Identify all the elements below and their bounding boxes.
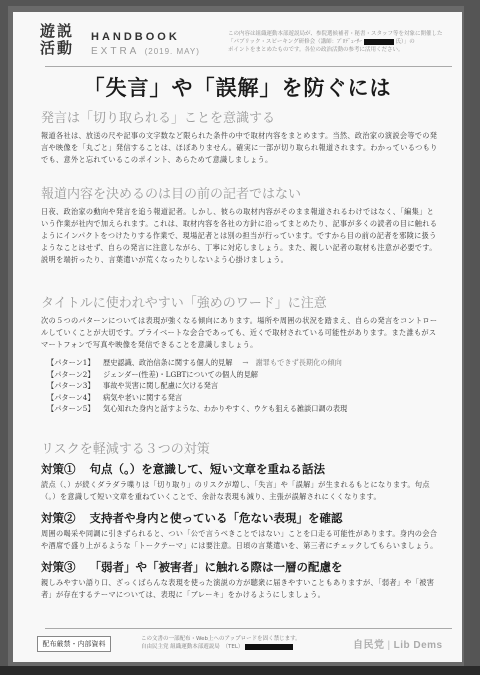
- logo-separator: |: [388, 640, 391, 651]
- pattern-text: ジェンダー(性差)・LGBTについての個人的見解: [103, 369, 258, 381]
- subtitle-extra: EXTRA: [91, 46, 139, 57]
- section-strong-words: タイトルに使われやすい「強めのワード」に注意 次の５つのパターンについては表現が…: [41, 296, 441, 415]
- measure-body: 親しみやすい語り口、ざっくばらんな表現を使った演説の方が聴衆に届きやすいこともあ…: [41, 577, 441, 601]
- header-note-line2-pre: 「パブリック・スピーキング研修会（講師：ﾌﾟﾛﾃﾞｭｰｻｰ: [228, 39, 362, 45]
- footer-note: この文書の一部配布・Web上へのアップロードを固く禁じます。 自由民主党 組織運…: [141, 635, 301, 651]
- section-body: 日夜、政治家の動向や発言を追う報道記者。しかし、彼らの取材内容がそのまま報道され…: [41, 206, 441, 266]
- pattern-item: 【パターン4】 病気や老いに関する発言: [47, 392, 441, 404]
- measure-body: 読点（、）が続くダラダラ喋りは「切り取り」のリスクが増し、「失言」や「誤解」が生…: [41, 479, 441, 503]
- pattern-note: → 謝罪もできず長期化の傾向: [242, 357, 341, 369]
- measure-number: 対策③: [41, 560, 76, 574]
- pattern-tag: 【パターン1】: [47, 357, 103, 369]
- section-heading: 報道内容を決めるのは目の前の記者ではない: [41, 187, 441, 203]
- pattern-item: 【パターン5】 気心知れた身内と話すような、わかりやすく、ウケも狙える雑談口調の…: [47, 403, 441, 415]
- measure-number: 対策①: [41, 462, 76, 476]
- measure-heading: 対策② 支持者や身内と使っている「危ない表現」を確認: [41, 511, 441, 526]
- handbook-subtitle: EXTRA (2019. MAY): [91, 46, 200, 57]
- section-heading: 発言は「切り取られる」ことを意識する: [41, 111, 441, 127]
- pattern-tag: 【パターン2】: [47, 369, 103, 381]
- pattern-tag: 【パターン4】: [47, 392, 103, 404]
- pattern-text: 病気や老いに関する発言: [103, 392, 182, 404]
- party-logo-en: Lib Dems: [394, 640, 443, 651]
- pattern-tag: 【パターン3】: [47, 380, 103, 392]
- section-heading: タイトルに使われやすい「強めのワード」に注意: [41, 296, 441, 312]
- pattern-list: 【パターン1】 歴史認識、政治信条に関する個人的見解 → 謝罪もできず長期化の傾…: [41, 357, 441, 415]
- header-note-line1: この内容は組織運動本部遊説局が、参院選候補者・秘書・スタッフ等を対象に開催した: [228, 30, 448, 38]
- measure-title: 「弱者」や「被害者」に触れる際は一層の配慮を: [90, 560, 343, 574]
- party-logo: 自民党|Lib Dems: [353, 636, 443, 651]
- header-note-line2: 「パブリック・スピーキング研修会（講師：ﾌﾟﾛﾃﾞｭｰｻｰ 氏）」の: [228, 38, 448, 46]
- measure-body: 周囲の喝采や同調に引きずられると、つい「公で言うべきことではない」ことを口走る可…: [41, 528, 441, 552]
- party-logo-jp: 自民党: [353, 640, 385, 651]
- section-cut-out: 発言は「切り取られる」ことを意識する 報道各社は、放送の尺や記事の文字数など限ら…: [41, 111, 441, 166]
- header-note-line2-post: 氏）」の: [395, 39, 414, 45]
- footer-note-line2-text: 自由民主党 組織運動本部遊説局 （TEL）: [141, 644, 243, 650]
- handbook-title: HANDBOOK: [91, 31, 180, 43]
- section-body: 報道各社は、放送の尺や記事の文字数など限られた条件の中で取材内容をまとめます。当…: [41, 130, 441, 166]
- pattern-tag: 【パターン5】: [47, 403, 103, 415]
- logo-kanji: 遊説活動: [40, 23, 76, 57]
- pattern-item: 【パターン1】 歴史認識、政治信条に関する個人的見解 → 謝罪もできず長期化の傾…: [47, 357, 441, 369]
- section-body: 次の５つのパターンについては表現が強くなる傾向にあります。場所や周囲の状況を踏ま…: [41, 315, 441, 351]
- measure-heading: 対策③ 「弱者」や「被害者」に触れる際は一層の配慮を: [41, 560, 441, 575]
- footer-note-line2: 自由民主党 組織運動本部遊説局 （TEL）: [141, 643, 301, 651]
- document-page: 遊説活動 HANDBOOK EXTRA (2019. MAY) この内容は組織運…: [13, 12, 462, 662]
- pattern-text: 歴史認識、政治信条に関する個人的見解: [103, 357, 232, 369]
- subtitle-date: (2019. MAY): [145, 47, 200, 56]
- redaction-bar: [245, 644, 293, 650]
- measure-heading: 対策① 句点（。）を意識して、短い文章を重ねる話法: [41, 462, 441, 477]
- pattern-item: 【パターン3】 事故や災害に関し配慮に欠ける発言: [47, 380, 441, 392]
- bottom-border: [0, 666, 480, 675]
- header-note: この内容は組織運動本部遊説局が、参院選候補者・秘書・スタッフ等を対象に開催した …: [228, 30, 448, 54]
- page-title: 「失言」や「誤解」を防ぐには: [13, 72, 462, 102]
- section-heading: リスクを軽減する３つの対策: [41, 442, 441, 458]
- internal-document-badge: 配布厳禁・内部資料: [37, 636, 111, 652]
- header-divider: [45, 66, 452, 67]
- section-measures: リスクを軽減する３つの対策 対策① 句点（。）を意識して、短い文章を重ねる話法 …: [41, 442, 441, 601]
- redaction-bar: [364, 39, 394, 45]
- header: 遊説活動 HANDBOOK EXTRA (2019. MAY) この内容は組織運…: [13, 12, 462, 68]
- section-reporter: 報道内容を決めるのは目の前の記者ではない 日夜、政治家の動向や発言を追う報道記者…: [41, 187, 441, 266]
- pattern-item: 【パターン2】 ジェンダー(性差)・LGBTについての個人的見解: [47, 369, 441, 381]
- measure-title: 支持者や身内と使っている「危ない表現」を確認: [90, 511, 343, 525]
- pattern-text: 気心知れた身内と話すような、わかりやすく、ウケも狙える雑談口調の表現: [103, 403, 347, 415]
- pattern-text: 事故や災害に関し配慮に欠ける発言: [103, 380, 218, 392]
- measure-title: 句点（。）を意識して、短い文章を重ねる話法: [90, 462, 326, 476]
- measure-number: 対策②: [41, 511, 76, 525]
- header-note-line3: ポイントをまとめたものです。各位の政治活動の参考に活用ください。: [228, 46, 448, 54]
- footer-note-line1: この文書の一部配布・Web上へのアップロードを固く禁じます。: [141, 635, 301, 643]
- footer-divider: [45, 628, 452, 629]
